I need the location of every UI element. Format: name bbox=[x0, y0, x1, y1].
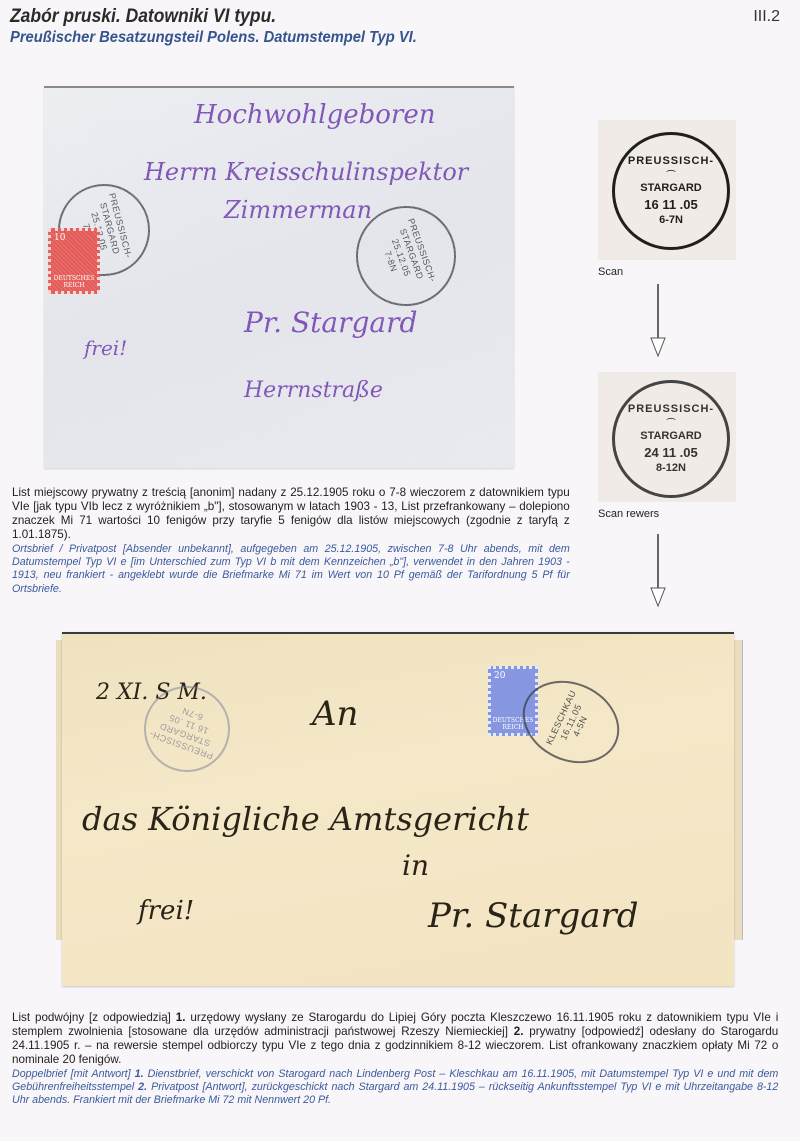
scan-text-date: 16 11 .05 bbox=[644, 196, 698, 214]
text-number: 1. bbox=[135, 1068, 144, 1080]
scan-postmark-circle: PREUSSISCH- ⌒ STARGARD 16 11 .05 6-7N bbox=[612, 132, 730, 250]
scan-text-city: STARGARD bbox=[640, 429, 702, 444]
postmark-text-date: 25.12.05 bbox=[89, 211, 110, 252]
scan-postmark-front: PREUSSISCH- ⌒ STARGARD 16 11 .05 6-7N bbox=[598, 120, 736, 260]
hw-address-line-1: Hochwohlgeboren bbox=[194, 100, 436, 130]
postmark-text-city: STARGARD bbox=[97, 201, 121, 255]
hw-in: in bbox=[402, 849, 429, 882]
description-2-german: Doppelbrief [mit Antwort] 1. Dienstbrief… bbox=[12, 1068, 778, 1108]
text-number: 1. bbox=[176, 1010, 186, 1024]
postmark-text-date: 25.12.05 bbox=[389, 238, 413, 278]
cover-2-envelope: 2 XI. S M. An das Königliche Amtsgericht… bbox=[62, 632, 734, 986]
hw-frei: frei! bbox=[84, 336, 127, 360]
text-part: Doppelbrief [mit Antwort] bbox=[12, 1068, 135, 1080]
hw-frei: frei! bbox=[138, 896, 194, 926]
postmark-text-city: STARGARD bbox=[397, 227, 425, 281]
stamp-label: DEUTSCHES REICH bbox=[51, 275, 97, 289]
scan-postmark-circle: PREUSSISCH- ⌒ STARGARD 24 11 .05 8-12N bbox=[612, 380, 730, 498]
description-2-polish: List podwójny [z odpowiedzią] 1. urzędow… bbox=[12, 1010, 778, 1067]
cover-1-envelope: Hochwohlgeboren Herrn Kreisschulinspekto… bbox=[44, 86, 514, 468]
scan-text-city: STARGARD bbox=[640, 181, 702, 196]
scan-text-time: 8-12N bbox=[656, 461, 686, 476]
page-subtitle: Preußischer Besatzungsteil Polens. Datum… bbox=[10, 29, 417, 47]
stamp-value: 20 bbox=[494, 671, 505, 681]
postmark-text-time: 7-8N bbox=[382, 250, 400, 274]
description-1-german: Ortsbrief / Privatpost [Absender unbekan… bbox=[12, 543, 570, 596]
arrow-down-icon bbox=[648, 284, 668, 360]
scan-text-time: 6-7N bbox=[659, 213, 683, 228]
scan-postmark-reverse: PREUSSISCH- ⌒ STARGARD 24 11 .05 8-12N bbox=[598, 372, 736, 502]
hw-destination: Pr. Stargard bbox=[428, 896, 639, 936]
postmark-text-top: PREUSSISCH- bbox=[405, 217, 438, 284]
hw-address-street: Herrnstraße bbox=[244, 378, 383, 403]
text-number: 2. bbox=[138, 1081, 147, 1093]
postmark-text-time: 7-8N bbox=[80, 222, 96, 246]
page-title: Zabór pruski. Datowniki VI typu. bbox=[10, 6, 276, 28]
arrow-down-icon bbox=[648, 534, 668, 610]
hw-address-city: Pr. Stargard bbox=[244, 306, 417, 339]
postmark-right: PREUSSISCH- STARGARD 25.12.05 7-8N bbox=[342, 192, 470, 320]
scan-text-date: 24 11 .05 bbox=[644, 444, 698, 462]
scan-caption-reverse: Scan rewers bbox=[598, 508, 659, 520]
postmark-text-top: PREUSSISCH- bbox=[106, 192, 134, 260]
hw-address-line-2: Herrn Kreisschulinspektor bbox=[144, 158, 468, 186]
scan-text-top: PREUSSISCH- bbox=[628, 402, 714, 417]
hw-an: An bbox=[312, 694, 358, 734]
hw-address-line-3: Zimmerman bbox=[224, 196, 372, 224]
scan-text-top: PREUSSISCH- bbox=[628, 154, 714, 169]
description-1-polish: List miejscowy prywatny z treścią [anoni… bbox=[12, 485, 570, 542]
stamp-germania-10pf: 10 DEUTSCHES REICH bbox=[48, 228, 100, 294]
scan-caption-front: Scan bbox=[598, 266, 623, 278]
hw-recipient: das Königliche Amtsgericht bbox=[82, 800, 529, 838]
text-part: List podwójny [z odpowiedzią] bbox=[12, 1010, 176, 1024]
stamp-value: 10 bbox=[54, 233, 65, 243]
text-number: 2. bbox=[514, 1024, 524, 1038]
page-number: III.2 bbox=[753, 8, 780, 26]
postmark-left: PREUSSISCH- STARGARD 25.12.05 7-8N bbox=[48, 174, 161, 287]
